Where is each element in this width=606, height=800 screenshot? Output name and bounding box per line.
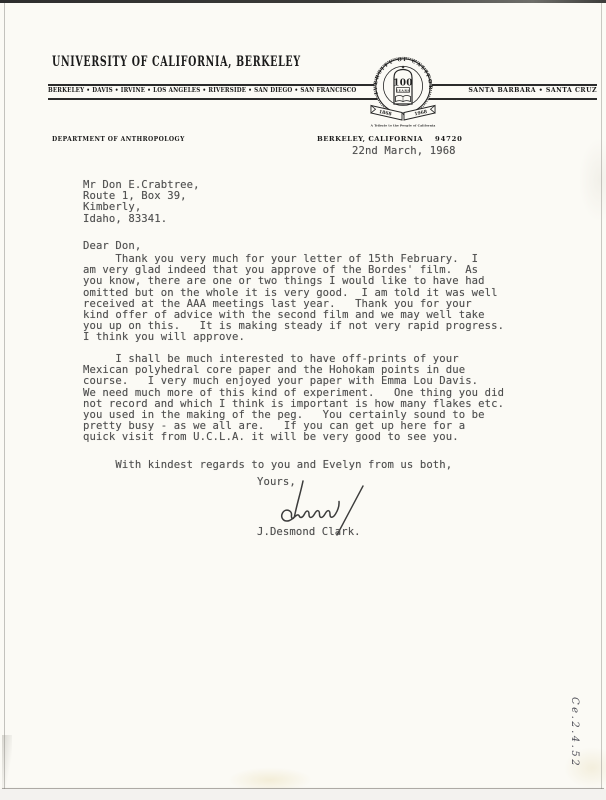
seal-years-label: YEARS [395, 88, 411, 92]
body-paragraph-1: Thank you very much for your letter of 1… [83, 254, 504, 344]
typed-line: you know, there are one or two things I … [83, 276, 504, 287]
margin-catalog-annotation: Ce.2.4.52 [569, 697, 580, 768]
campus-list-left: BERKELEY • DAVIS • IRVINE • LOS ANGELES … [48, 87, 356, 94]
typed-signature-name: J.Desmond Clark. [257, 527, 361, 538]
typed-line: Kimberly, [83, 202, 200, 213]
university-title: UNIVERSITY OF CALIFORNIA, BERKELEY [52, 54, 301, 70]
campus-list-right: SANTA BARBARA • SANTA CRUZ [468, 87, 597, 94]
scan-background-bottom [0, 789, 606, 800]
seal-100: 100 [393, 79, 413, 89]
typed-line: Idaho, 83341. [83, 214, 200, 225]
department-name: DEPARTMENT OF ANTHROPOLOGY [52, 135, 185, 143]
typed-line: I think you will approve. [83, 332, 504, 343]
typed-line: quick visit from U.C.L.A. it will be ver… [83, 432, 504, 443]
seal-tagline: A Tribute to the People of California [370, 124, 436, 128]
scan-edge-right [601, 3, 602, 789]
scan-edge-left [4, 3, 5, 789]
letterhead-address: BERKELEY, CALIFORNIA94720 [317, 135, 463, 143]
scanned-letter: UNIVERSITY OF CALIFORNIA, BERKELEY BERKE… [0, 0, 606, 800]
letterhead-zip: 94720 [435, 135, 463, 143]
letter-paper: UNIVERSITY OF CALIFORNIA, BERKELEY BERKE… [0, 0, 606, 789]
recipient-address: Mr Don E.Crabtree,Route 1, Box 39,Kimber… [83, 180, 200, 225]
typed-line: course. I very much enjoyed your paper w… [83, 376, 504, 387]
closing-line: With kindest regards to you and Evelyn f… [83, 460, 452, 471]
salutation: Dear Don, [83, 241, 141, 252]
letter-date: 22nd March, 1968 [352, 146, 456, 157]
letterhead-city: BERKELEY, CALIFORNIA [317, 135, 423, 143]
letterhead-rule-top [48, 84, 597, 86]
body-paragraph-2: I shall be much interested to have off-p… [83, 354, 504, 444]
letterhead-rule-bottom [48, 98, 597, 100]
centennial-seal-icon: UNIVERSITY OF CALIFORNIA ✳ 100 YEARS 186… [368, 48, 438, 133]
scan-edge-top [0, 0, 606, 3]
